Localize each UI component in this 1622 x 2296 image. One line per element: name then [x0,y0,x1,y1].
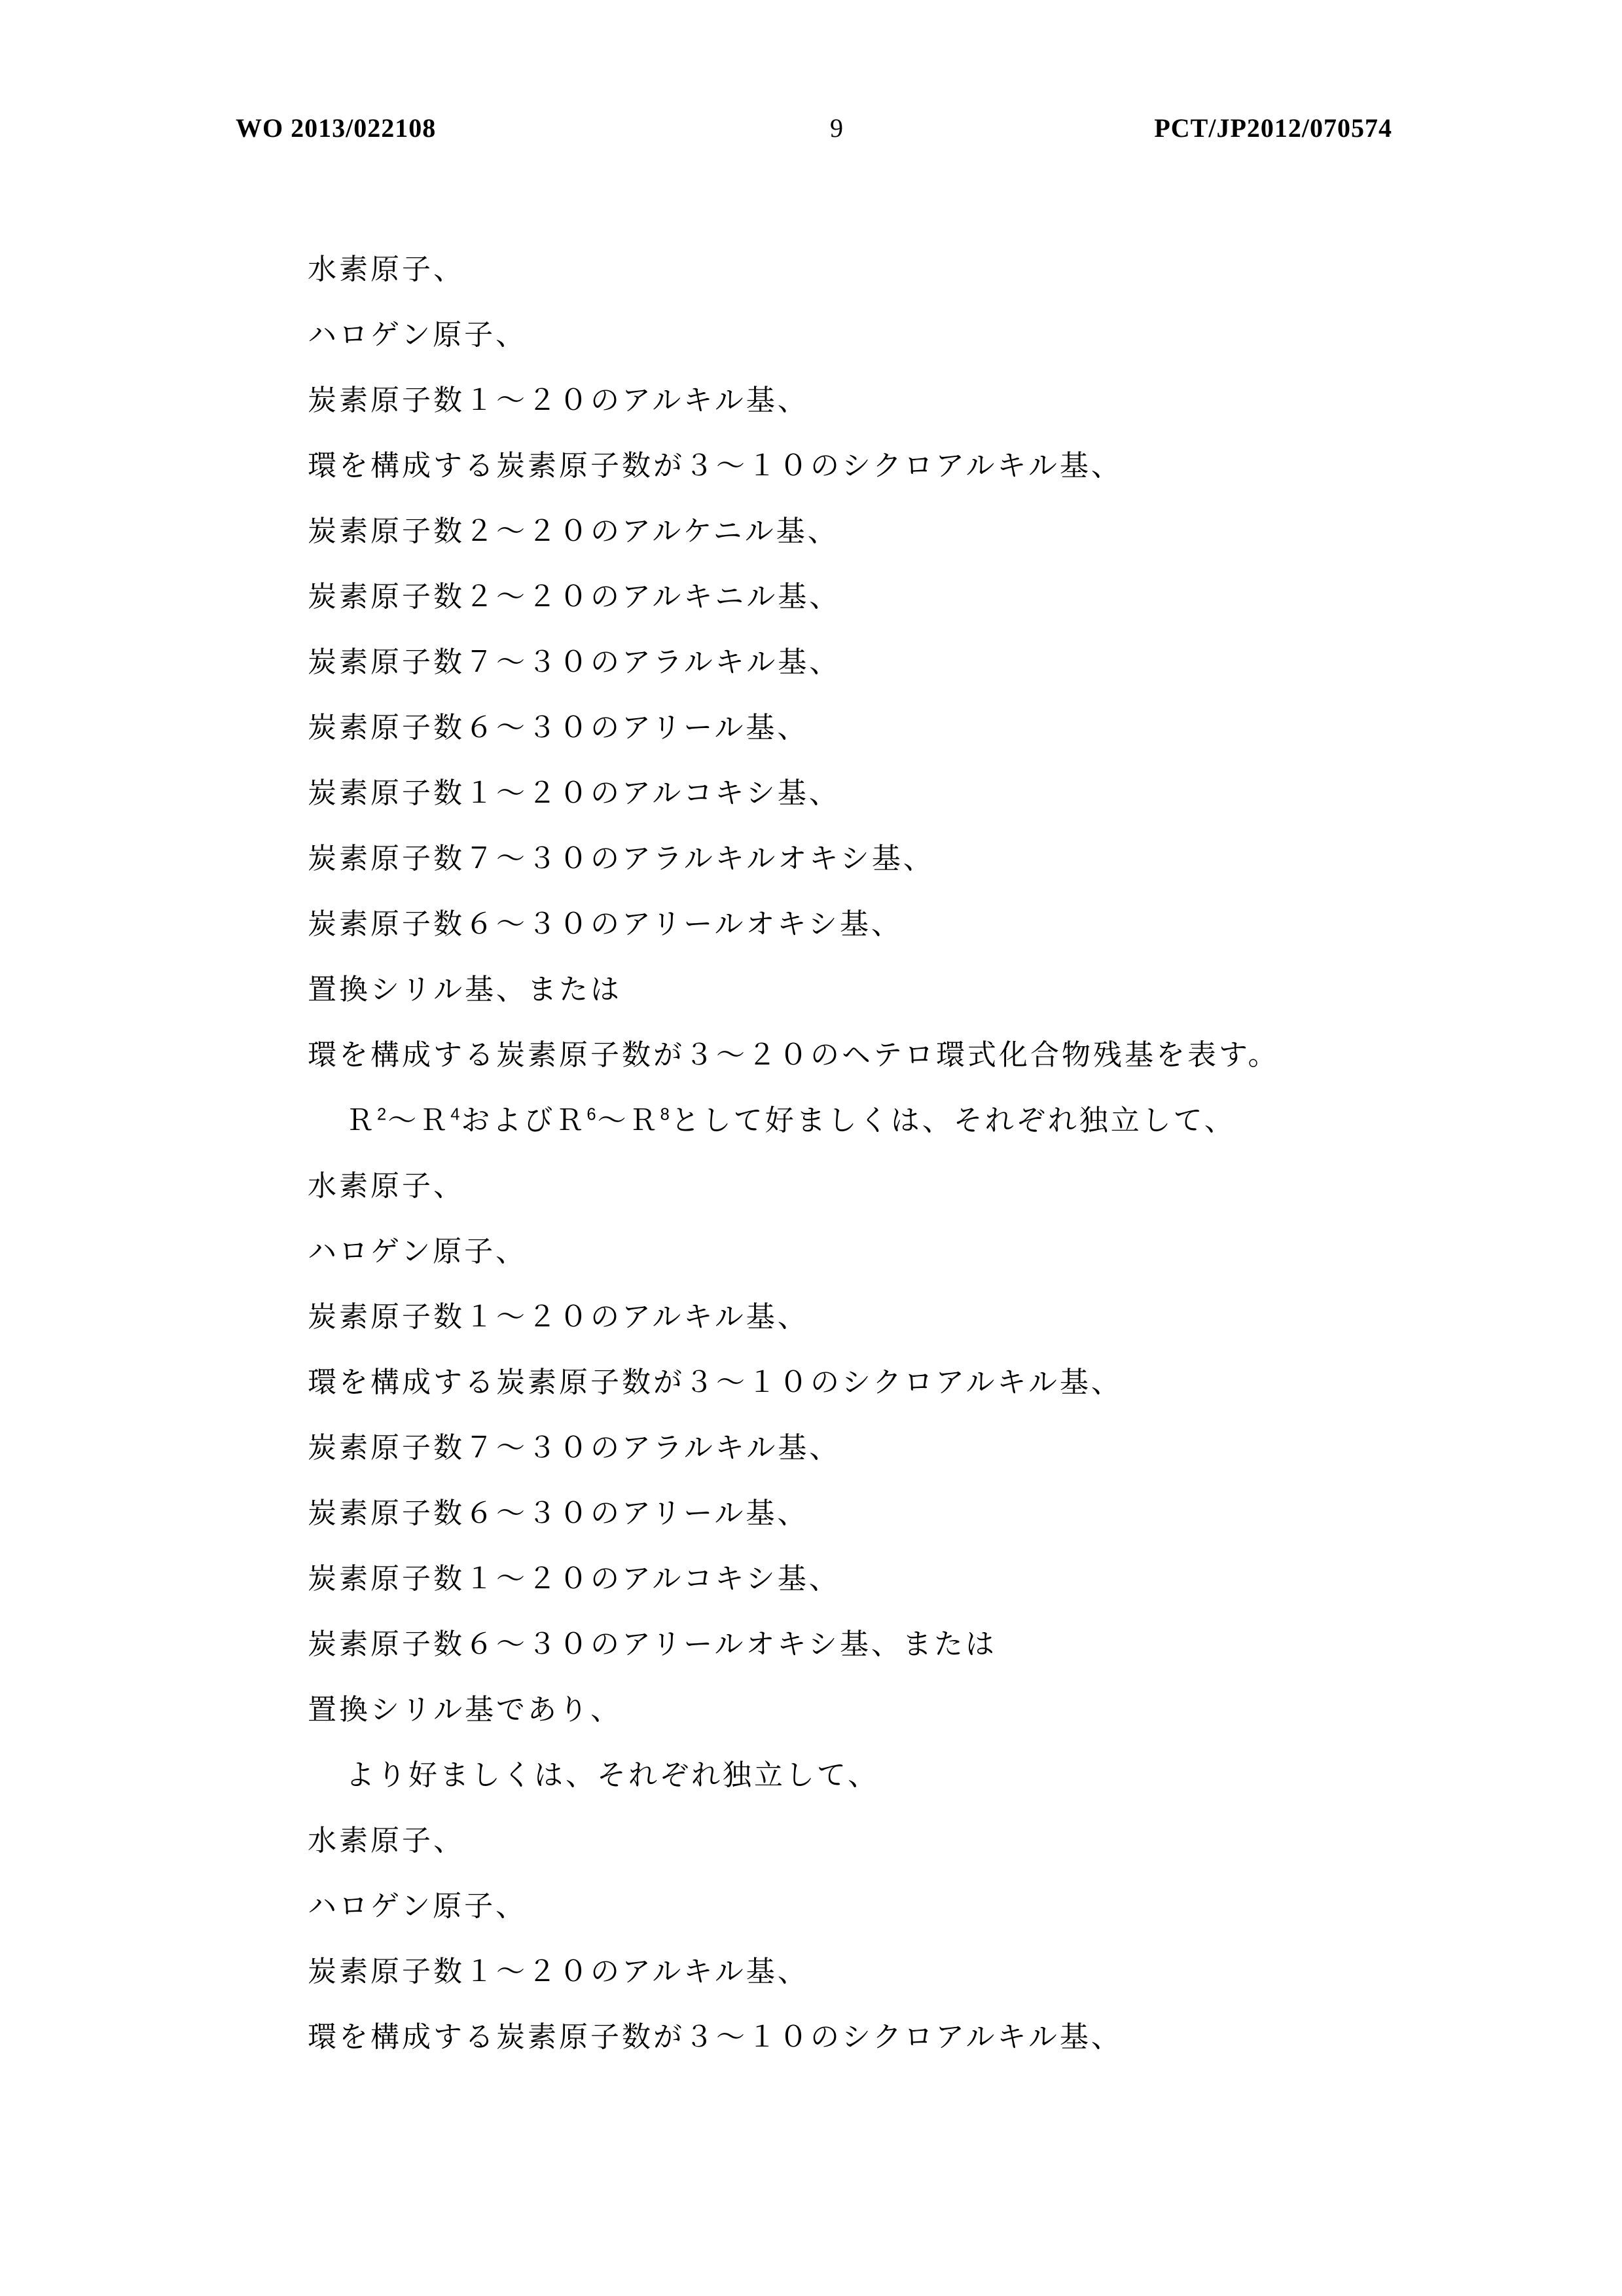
line-text: 炭素原子数７～３０のアラルキル基、 [308,1432,840,1464]
line-text: 水素原子、 [308,253,465,285]
line-text: 炭素原子数１～２０のアルキル基、 [308,384,809,416]
body-line: より好ましくは、それぞれ独立して、 [308,1743,1420,1808]
body-line: 水素原子、 [308,1154,1420,1219]
document-body-text: 水素原子、ハロゲン原子、炭素原子数１～２０のアルキル基、環を構成する炭素原子数が… [308,237,1420,2070]
line-text: 炭素原子数１～２０のアルコキシ基、 [308,777,840,809]
line-text: 置換シリル基であり、 [308,1694,622,1726]
publication-number: WO 2013/022108 [236,113,436,143]
body-line: 水素原子、 [308,1808,1420,1874]
line-text: 炭素原子数７～３０のアラルキルオキシ基、 [308,843,935,875]
line-text: ハロゲン原子、 [308,319,527,351]
line-text: およびＲ [461,1104,586,1137]
superscript-index: 6 [586,1105,597,1123]
body-line: 炭素原子数６～３０のアリール基、 [308,1481,1420,1546]
body-line: 環を構成する炭素原子数が３～１０のシクロアルキル基、 [308,1350,1420,1415]
body-line: 環を構成する炭素原子数が３～１０のシクロアルキル基、 [308,2005,1420,2070]
line-text: 水素原子、 [308,1170,465,1202]
patent-document-page: WO 2013/022108 9 PCT/JP2012/070574 水素原子、… [0,0,1622,2296]
body-line: 炭素原子数７～３０のアラルキル基、 [308,630,1420,695]
body-line: 炭素原子数１～２０のアルキル基、 [308,1285,1420,1350]
line-text: Ｒ [346,1104,377,1137]
superscript-index: 8 [660,1105,671,1123]
body-line: 炭素原子数７～３０のアラルキルオキシ基、 [308,826,1420,892]
body-line: 環を構成する炭素原子数が３～２０のヘテロ環式化合物残基を表す。 [308,1023,1420,1088]
line-text: として好ましくは、それぞれ独立して、 [671,1104,1236,1137]
line-text: 炭素原子数１～２０のアルコキシ基、 [308,1563,840,1595]
body-line: ハロゲン原子、 [308,1219,1420,1285]
body-line: 炭素原子数２～２０のアルケニル基、 [308,499,1420,564]
body-line: 炭素原子数６～３０のアリールオキシ基、 [308,892,1420,957]
line-text: 環を構成する炭素原子数が３～１０のシクロアルキル基、 [308,2021,1123,2053]
line-text: 炭素原子数１～２０のアルキル基、 [308,1956,809,1988]
line-text: 水素原子、 [308,1825,465,1857]
superscript-index: 4 [450,1105,461,1123]
body-line: 炭素原子数６～３０のアリール基、 [308,695,1420,761]
line-text: 置換シリル基、または [308,974,622,1006]
line-text: 炭素原子数２～２０のアルケニル基、 [308,515,839,547]
line-text: 環を構成する炭素原子数が３～２０のヘテロ環式化合物残基を表す。 [308,1039,1279,1071]
body-line: 水素原子、 [308,237,1420,302]
body-line: 炭素原子数１～２０のアルキル基、 [308,368,1420,433]
body-line: 置換シリル基であり、 [308,1677,1420,1743]
line-text: ハロゲン原子、 [308,1235,527,1267]
page-header: WO 2013/022108 9 PCT/JP2012/070574 [0,0,1622,170]
body-line: 環を構成する炭素原子数が３～１０のシクロアルキル基、 [308,433,1420,499]
line-text: 炭素原子数１～２０のアルキル基、 [308,1301,809,1333]
line-text: ～Ｒ [598,1104,660,1137]
line-text: 環を構成する炭素原子数が３～１０のシクロアルキル基、 [308,450,1123,482]
line-text: 炭素原子数６～３０のアリールオキシ基、または [308,1628,997,1660]
page-number: 9 [830,113,843,143]
line-text: 炭素原子数６～３０のアリール基、 [308,712,808,744]
body-line: 炭素原子数１～２０のアルキル基、 [308,1939,1420,2005]
body-line: 炭素原子数２～２０のアルキニル基、 [308,564,1420,630]
application-number: PCT/JP2012/070574 [1154,113,1392,143]
body-line: ハロゲン原子、 [308,1874,1420,1939]
line-text: 炭素原子数６～３０のアリール基、 [308,1497,808,1529]
body-line: 炭素原子数７～３０のアラルキル基、 [308,1415,1420,1481]
line-text: 炭素原子数６～３０のアリールオキシ基、 [308,908,903,940]
body-line: 炭素原子数１～２０のアルコキシ基、 [308,1546,1420,1612]
body-line: ハロゲン原子、 [308,302,1420,368]
line-text: 環を構成する炭素原子数が３～１０のシクロアルキル基、 [308,1366,1123,1398]
line-text: より好ましくは、それぞれ独立して、 [346,1759,879,1791]
superscript-index: 2 [377,1105,387,1123]
body-line: 炭素原子数６～３０のアリールオキシ基、または [308,1612,1420,1677]
line-text: 炭素原子数７～３０のアラルキル基、 [308,646,840,678]
body-line: 置換シリル基、または [308,957,1420,1023]
body-line: 炭素原子数１～２０のアルコキシ基、 [308,761,1420,826]
body-line: Ｒ2～Ｒ4およびＲ6～Ｒ8として好ましくは、それぞれ独立して、 [308,1088,1420,1154]
line-text: ～Ｒ [387,1104,450,1137]
line-text: ハロゲン原子、 [308,1890,527,1922]
line-text: 炭素原子数２～２０のアルキニル基、 [308,581,840,613]
